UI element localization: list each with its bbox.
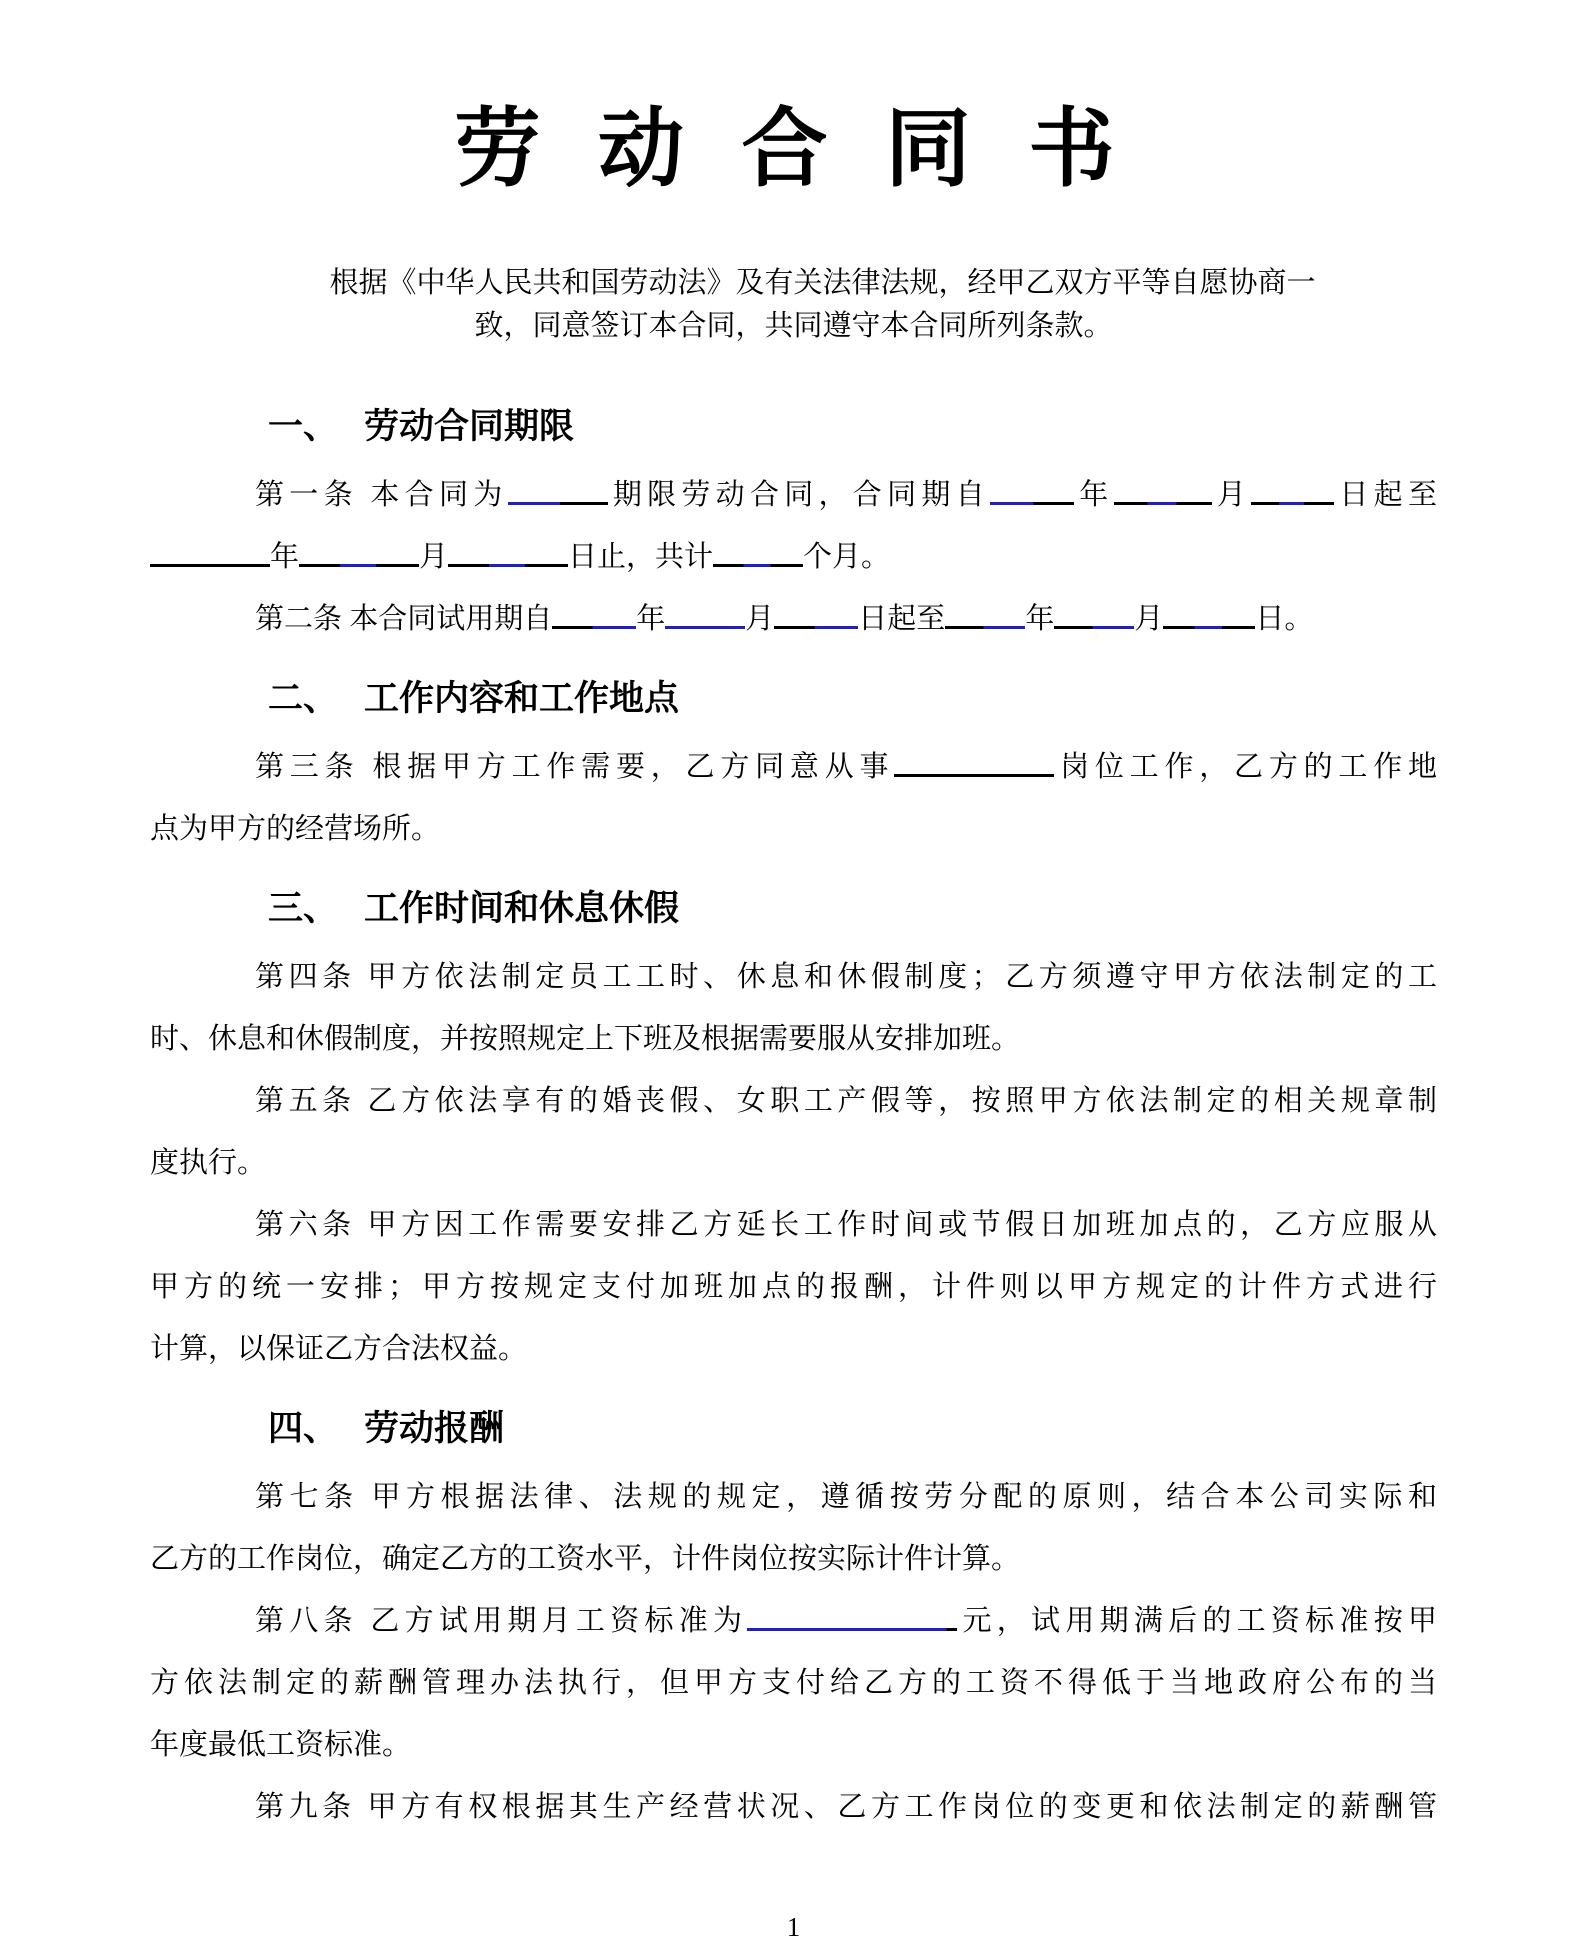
article-4-line-1: 第四条 甲方依法制定员工工时、休息和休假制度；乙方须遵守甲方依法制定的工 — [150, 946, 1437, 1008]
section-title: 劳动合同期限 — [364, 407, 574, 446]
blank-end-day — [448, 564, 568, 567]
section-heading-work-hours: 三、工作时间和休息休假 — [150, 878, 1437, 940]
blank-probation-end-day — [1163, 626, 1255, 629]
article-text: 日起至 — [1334, 479, 1437, 511]
article-9-line-1: 第九条 甲方有权根据其生产经营状况、乙方工作岗位的变更和依法制定的薪酬管 — [150, 1776, 1437, 1838]
section-heading-remuneration: 四、劳动报酬 — [150, 1398, 1437, 1460]
article-2-line-1: 第二条 本合同试用期自年月日起至年月日。 — [150, 588, 1437, 650]
blank-probation-salary — [747, 1628, 957, 1631]
article-text: 岗位工作，乙方的工作地 — [1054, 751, 1437, 783]
section-heading-contract-term: 一、劳动合同期限 — [150, 396, 1437, 458]
blank-total-months — [713, 564, 803, 567]
section-title: 劳动报酬 — [364, 1409, 504, 1448]
blank-probation-end-year — [945, 626, 1025, 629]
page-number: 1 — [0, 1912, 1587, 1943]
article-text: 第二条 本合同试用期自 — [255, 603, 552, 635]
article-text: 月 — [1212, 479, 1252, 511]
blank-end-month — [299, 564, 419, 567]
blank-probation-end-month — [1054, 626, 1134, 629]
article-8-line-3: 年度最低工资标准。 — [150, 1714, 1437, 1776]
article-text: 年 — [1074, 479, 1114, 511]
intro-line-1: 根据《中华人民共和国劳动法》及有关法律法规，经甲乙双方平等自愿协商一 — [0, 262, 1587, 305]
article-text: 日止，共计 — [568, 541, 713, 573]
article-text: 日。 — [1255, 603, 1313, 635]
section-number: 一、 — [268, 407, 338, 446]
article-8-line-2: 方依法制定的薪酬管理办法执行，但甲方支付给乙方的工资不得低于当地政府公布的当 — [150, 1652, 1437, 1714]
article-5-line-1: 第五条 乙方依法享有的婚丧假、女职工产假等，按照甲方依法制定的相关规章制 — [150, 1070, 1437, 1132]
article-text: 第三条 根据甲方工作需要，乙方同意从事 — [255, 751, 894, 783]
blank-start-month — [1114, 502, 1212, 505]
intro-paragraph: 根据《中华人民共和国劳动法》及有关法律法规，经甲乙双方平等自愿协商一 致，同意签… — [0, 262, 1587, 348]
article-6-line-3: 计算，以保证乙方合法权益。 — [150, 1318, 1437, 1380]
blank-job-position — [894, 774, 1054, 777]
article-8-line-1: 第八条 乙方试用期月工资标准为元，试用期满后的工资标准按甲 — [150, 1590, 1437, 1652]
blank-term-type — [508, 502, 608, 505]
article-text: 年 — [270, 541, 299, 573]
blank-end-year — [150, 564, 270, 567]
blank-start-day — [1251, 502, 1334, 505]
intro-line-2: 致，同意签订本合同，共同遵守本合同所列条款。 — [0, 305, 1587, 348]
section-number: 二、 — [268, 679, 338, 718]
article-text: 月 — [1134, 603, 1163, 635]
section-title: 工作内容和工作地点 — [364, 679, 679, 718]
article-1-line-2: 年月日止，共计个月。 — [150, 526, 1437, 588]
article-text: 期限劳动合同，合同期自 — [608, 479, 990, 511]
blank-start-year — [990, 502, 1074, 505]
article-6-line-1: 第六条 甲方因工作需要安排乙方延长工作时间或节假日加班加点的，乙方应服从 — [150, 1194, 1437, 1256]
article-text: 月 — [419, 541, 448, 573]
article-text: 个月。 — [803, 541, 890, 573]
article-text: 月 — [745, 603, 774, 635]
section-title: 工作时间和休息休假 — [364, 889, 679, 928]
blank-probation-start-day — [774, 626, 858, 629]
article-6-line-2: 甲方的统一安排；甲方按规定支付加班加点的报酬，计件则以甲方规定的计件方式进行 — [150, 1256, 1437, 1318]
blank-probation-start-month — [665, 626, 745, 629]
article-text: 日起至 — [858, 603, 945, 635]
contract-body: 一、劳动合同期限 第一条 本合同为期限劳动合同，合同期自年月日起至 年月日止，共… — [150, 396, 1437, 1838]
article-3-line-2: 点为甲方的经营场所。 — [150, 798, 1437, 860]
article-text: 元，试用期满后的工资标准按甲 — [957, 1605, 1437, 1637]
document-title: 劳 动 合 同 书 — [0, 0, 1587, 204]
article-7-line-2: 乙方的工作岗位，确定乙方的工资水平，计件岗位按实际计件计算。 — [150, 1528, 1437, 1590]
article-4-line-2: 时、休息和休假制度，并按照规定上下班及根据需要服从安排加班。 — [150, 1008, 1437, 1070]
article-text: 第一条 本合同为 — [255, 479, 508, 511]
contract-page: 劳 动 合 同 书 根据《中华人民共和国劳动法》及有关法律法规，经甲乙双方平等自… — [0, 0, 1587, 1959]
article-1-line-1: 第一条 本合同为期限劳动合同，合同期自年月日起至 — [150, 464, 1437, 526]
article-text: 年 — [636, 603, 665, 635]
section-number: 三、 — [268, 889, 338, 928]
section-number: 四、 — [268, 1409, 338, 1448]
article-7-line-1: 第七条 甲方根据法律、法规的规定，遵循按劳分配的原则，结合本公司实际和 — [150, 1466, 1437, 1528]
blank-probation-start-year — [552, 626, 636, 629]
article-text: 年 — [1025, 603, 1054, 635]
article-3-line-1: 第三条 根据甲方工作需要，乙方同意从事岗位工作，乙方的工作地 — [150, 736, 1437, 798]
article-5-line-2: 度执行。 — [150, 1132, 1437, 1194]
article-text: 第八条 乙方试用期月工资标准为 — [255, 1605, 747, 1637]
section-heading-job-content: 二、工作内容和工作地点 — [150, 668, 1437, 730]
